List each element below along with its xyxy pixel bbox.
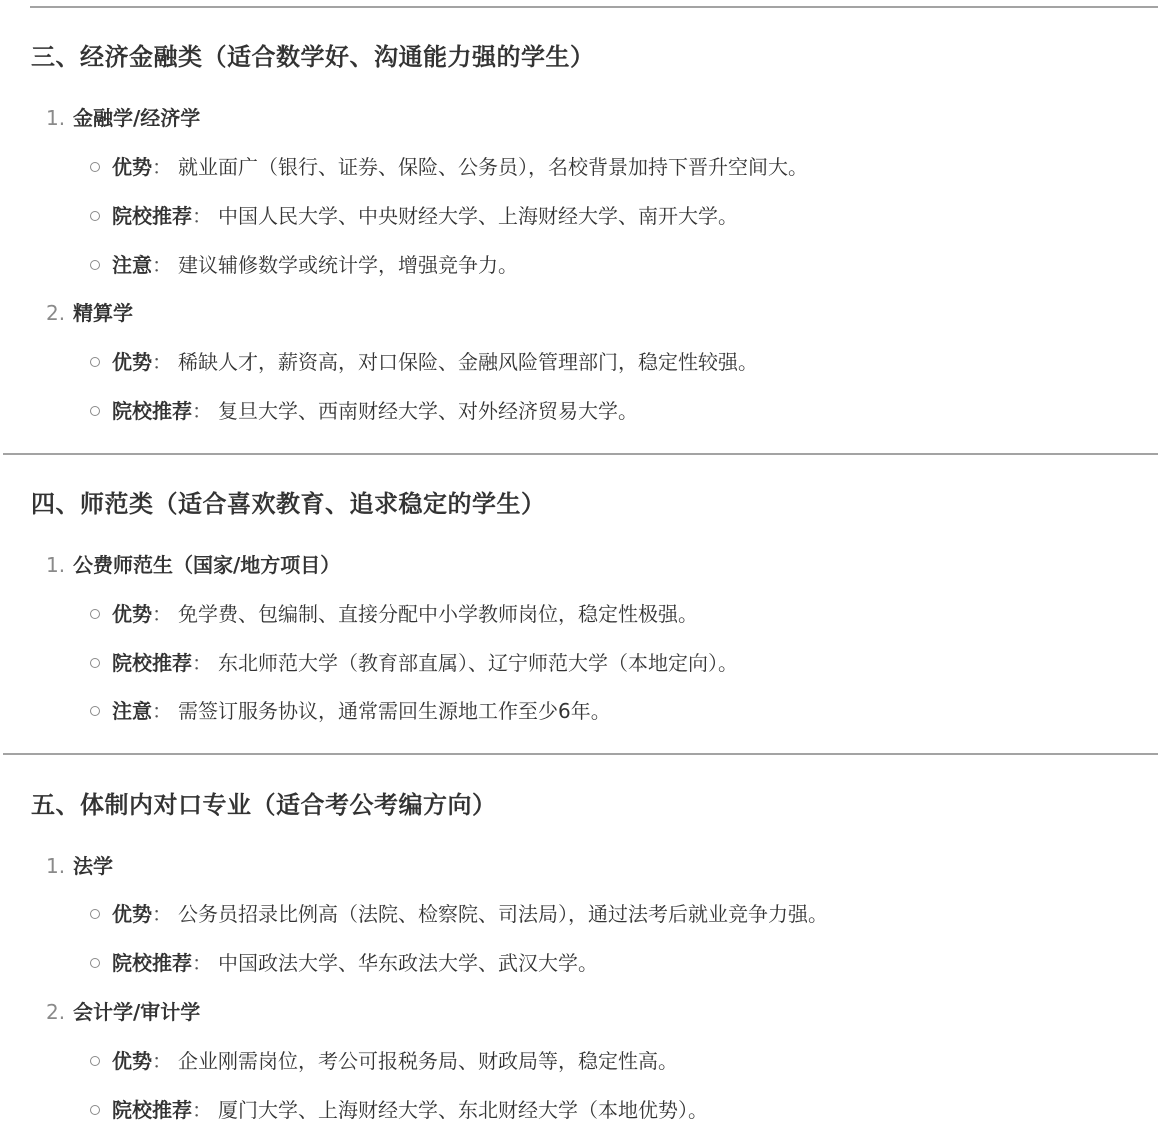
item-label: 金融学/经济学 <box>73 106 200 130</box>
bullet-item: 注意：需签订服务协议，通常需回生源地工作至少6年。 <box>90 697 611 725</box>
bullet-text: 就业面广（银行、证券、保险、公务员），名校背景加持下晋升空间大。 <box>178 155 808 179</box>
colon: ： <box>152 155 172 179</box>
bullet-text: 建议辅修数学或统计学，增强竞争力。 <box>178 253 518 277</box>
bullet-key: 优势 <box>112 902 152 926</box>
bullet-text: 稀缺人才，薪资高，对口保险、金融风险管理部门，稳定性较强。 <box>178 350 758 374</box>
item-label: 精算学 <box>73 301 133 325</box>
colon: ： <box>152 602 172 626</box>
hollow-circle-bullet-icon <box>90 406 100 416</box>
bullet-item: 院校推荐：中国人民大学、中央财经大学、上海财经大学、南开大学。 <box>90 202 738 230</box>
divider <box>3 753 1158 755</box>
hollow-circle-bullet-icon <box>90 1056 100 1066</box>
bullet-key: 注意 <box>112 699 152 723</box>
bullet-text: 东北师范大学（教育部直属）、辽宁师范大学（本地定向）。 <box>218 651 738 675</box>
list-item-finance-economics: 1.金融学/经济学 <box>46 104 200 132</box>
colon: ： <box>152 902 172 926</box>
colon: ： <box>192 951 212 975</box>
colon: ： <box>192 651 212 675</box>
bullet-item: 院校推荐：中国政法大学、华东政法大学、武汉大学。 <box>90 949 598 977</box>
bullet-item: 优势：就业面广（银行、证券、保险、公务员），名校背景加持下晋升空间大。 <box>90 153 808 181</box>
bullet-text: 中国政法大学、华东政法大学、武汉大学。 <box>218 951 598 975</box>
bullet-text: 公务员招录比例高（法院、检察院、司法局），通过法考后就业竞争力强。 <box>178 902 828 926</box>
colon: ： <box>152 1049 172 1073</box>
hollow-circle-bullet-icon <box>90 658 100 668</box>
bullet-item: 优势：企业刚需岗位，考公可报税务局、财政局等，稳定性高。 <box>90 1047 678 1075</box>
list-number: 2. <box>46 998 73 1026</box>
bullet-key: 院校推荐 <box>112 651 192 675</box>
hollow-circle-bullet-icon <box>90 706 100 716</box>
list-number: 2. <box>46 299 73 327</box>
colon: ： <box>152 350 172 374</box>
bullet-key: 优势 <box>112 602 152 626</box>
list-number: 1. <box>46 852 73 880</box>
bullet-text: 需签订服务协议，通常需回生源地工作至少6年。 <box>178 699 611 723</box>
bullet-item: 优势：公务员招录比例高（法院、检察院、司法局），通过法考后就业竞争力强。 <box>90 900 828 928</box>
bullet-key: 院校推荐 <box>112 1098 192 1122</box>
bullet-key: 院校推荐 <box>112 204 192 228</box>
item-label: 公费师范生（国家/地方项目） <box>73 553 340 577</box>
list-item-actuarial: 2.精算学 <box>46 299 133 327</box>
hollow-circle-bullet-icon <box>90 357 100 367</box>
bullet-key: 优势 <box>112 155 152 179</box>
list-item-law: 1.法学 <box>46 852 113 880</box>
bullet-text: 企业刚需岗位，考公可报税务局、财政局等，稳定性高。 <box>178 1049 678 1073</box>
section-title-normal-education: 四、师范类（适合喜欢教育、追求稳定的学生） <box>31 488 546 520</box>
list-number: 1. <box>46 104 73 132</box>
bullet-key: 优势 <box>112 1049 152 1073</box>
colon: ： <box>192 1098 212 1122</box>
hollow-circle-bullet-icon <box>90 609 100 619</box>
bullet-key: 院校推荐 <box>112 399 192 423</box>
divider <box>3 453 1158 455</box>
item-label: 会计学/审计学 <box>73 1000 200 1024</box>
section-title-civil-service-majors: 五、体制内对口专业（适合考公考编方向） <box>31 789 497 821</box>
bullet-text: 厦门大学、上海财经大学、东北财经大学（本地优势）。 <box>218 1098 708 1122</box>
bullet-text: 中国人民大学、中央财经大学、上海财经大学、南开大学。 <box>218 204 738 228</box>
colon: ： <box>192 399 212 423</box>
section-title-economics-finance: 三、经济金融类（适合数学好、沟通能力强的学生） <box>31 41 595 73</box>
hollow-circle-bullet-icon <box>90 909 100 919</box>
colon: ： <box>152 699 172 723</box>
bullet-key: 优势 <box>112 350 152 374</box>
divider <box>30 6 1158 8</box>
bullet-key: 注意 <box>112 253 152 277</box>
hollow-circle-bullet-icon <box>90 211 100 221</box>
bullet-item: 院校推荐：厦门大学、上海财经大学、东北财经大学（本地优势）。 <box>90 1096 708 1124</box>
bullet-item: 优势：稀缺人才，薪资高，对口保险、金融风险管理部门，稳定性较强。 <box>90 348 758 376</box>
bullet-text: 复旦大学、西南财经大学、对外经济贸易大学。 <box>218 399 638 423</box>
bullet-item: 院校推荐：东北师范大学（教育部直属）、辽宁师范大学（本地定向）。 <box>90 649 738 677</box>
bullet-text: 免学费、包编制、直接分配中小学教师岗位，稳定性极强。 <box>178 602 698 626</box>
hollow-circle-bullet-icon <box>90 1105 100 1115</box>
list-item-public-funded-teacher: 1.公费师范生（国家/地方项目） <box>46 551 340 579</box>
hollow-circle-bullet-icon <box>90 958 100 968</box>
list-number: 1. <box>46 551 73 579</box>
bullet-item: 优势：免学费、包编制、直接分配中小学教师岗位，稳定性极强。 <box>90 600 698 628</box>
bullet-item: 注意：建议辅修数学或统计学，增强竞争力。 <box>90 251 518 279</box>
hollow-circle-bullet-icon <box>90 162 100 172</box>
item-label: 法学 <box>73 854 113 878</box>
bullet-item: 院校推荐：复旦大学、西南财经大学、对外经济贸易大学。 <box>90 397 638 425</box>
bullet-key: 院校推荐 <box>112 951 192 975</box>
colon: ： <box>152 253 172 277</box>
colon: ： <box>192 204 212 228</box>
hollow-circle-bullet-icon <box>90 260 100 270</box>
list-item-accounting-audit: 2.会计学/审计学 <box>46 998 200 1026</box>
